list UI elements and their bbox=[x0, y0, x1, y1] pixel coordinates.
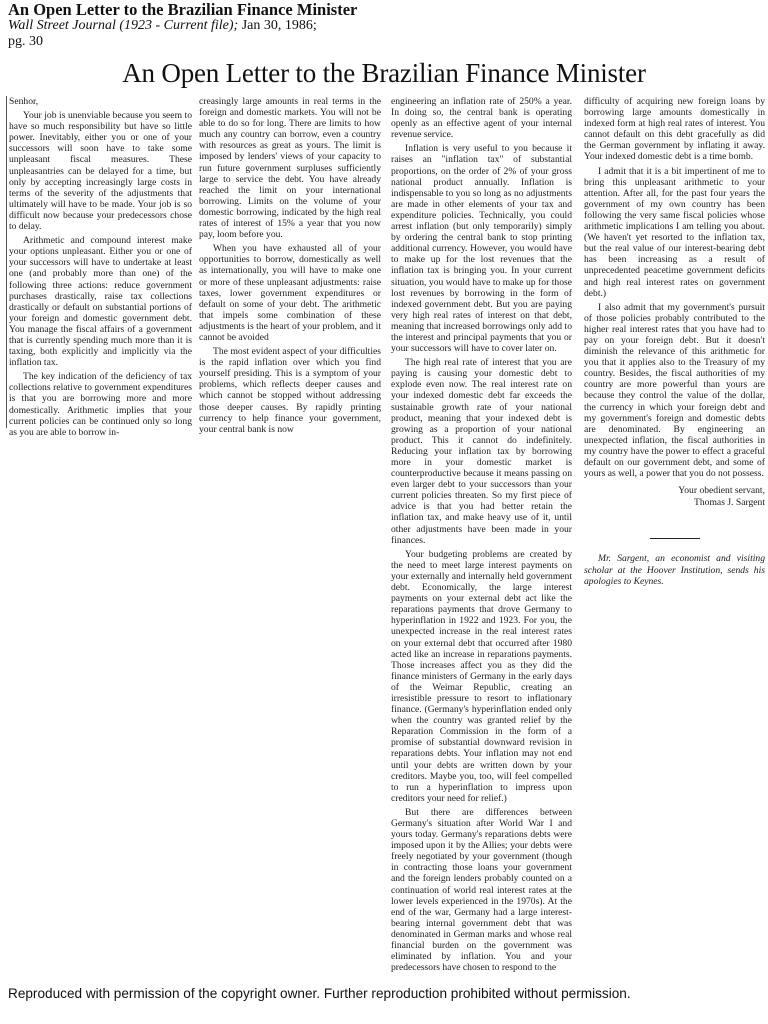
paragraph: I admit that it is a bit impertinent of … bbox=[584, 166, 765, 299]
paragraph: Arithmetic and compound interest make yo… bbox=[9, 235, 192, 368]
citation-title: An Open Letter to the Brazilian Finance … bbox=[8, 2, 357, 17]
citation-date: Jan 30, 1986; bbox=[238, 18, 317, 33]
paragraph: creasingly large amounts in real terms i… bbox=[199, 96, 381, 240]
paragraph: difficulty of acquiring new foreign loan… bbox=[584, 96, 765, 163]
paragraph: Your budgeting problems are created by t… bbox=[391, 549, 572, 804]
citation-source: Wall Street Journal (1923 - Current file… bbox=[8, 18, 317, 33]
paragraph: engineering an inflation rate of 250% a … bbox=[391, 96, 572, 140]
paragraph: The high real rate of interest that you … bbox=[391, 357, 572, 546]
article-headline: An Open Letter to the Brazilian Finance … bbox=[0, 58, 768, 89]
copyright-notice: Reproduced with permission of the copyri… bbox=[8, 986, 631, 1001]
citation-publication: Wall Street Journal (1923 - Current file… bbox=[8, 18, 238, 33]
citation-header: An Open Letter to the Brazilian Finance … bbox=[8, 2, 357, 49]
article-column-3: engineering an inflation rate of 250% a … bbox=[391, 96, 572, 976]
divider-rule bbox=[650, 538, 700, 539]
paragraph: I also admit that my government's pursui… bbox=[584, 302, 765, 480]
article-column-4: difficulty of acquiring new foreign loan… bbox=[584, 96, 765, 591]
signature-block: Your obedient servant, Thomas J. Sargent bbox=[584, 485, 765, 508]
paragraph: But there are differences between German… bbox=[391, 807, 572, 973]
salutation: Senhor, bbox=[9, 96, 192, 107]
author-note: Mr. Sargent, an economist and visiting s… bbox=[584, 553, 765, 588]
closing: Your obedient servant, bbox=[584, 485, 765, 497]
citation-page: pg. 30 bbox=[8, 34, 43, 49]
paragraph: Your job is unenviable because you seem … bbox=[9, 110, 192, 232]
paragraph: The most evident aspect of your difficul… bbox=[199, 346, 381, 435]
paragraph: When you have exhausted all of your oppo… bbox=[199, 243, 381, 343]
paragraph: Inflation is very useful to you because … bbox=[391, 143, 572, 354]
signature: Thomas J. Sargent bbox=[584, 497, 765, 509]
article-column-1: Senhor, Your job is unenviable because y… bbox=[6, 96, 192, 428]
paragraph: The key indication of the deficiency of … bbox=[9, 371, 192, 438]
article-column-2: creasingly large amounts in real terms i… bbox=[199, 96, 381, 438]
